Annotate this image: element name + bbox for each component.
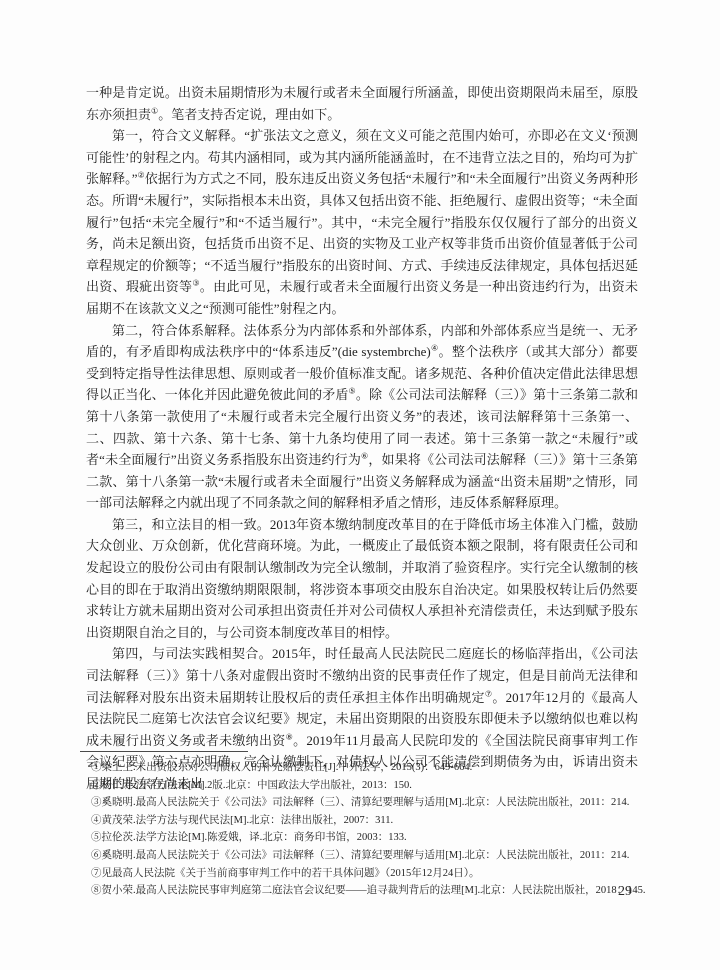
footnote-4: ④黄茂荣.法学方法与现代民法[M].北京：法律出版社，2007：311.: [80, 812, 640, 830]
paragraph: 第二，符合体系解释。法体系分为内部体系和外部体系，内部和外部体系应当是统一、无矛…: [86, 320, 638, 514]
paragraph: 第一，符合文义解释。“扩张法文之意义，须在文义可能之范围内始可，亦即必在文义‘预…: [86, 125, 638, 319]
text-run: 。笔者支持否定说，理由如下。: [158, 107, 340, 122]
footnote-8: ⑧贺小荣.最高人民法院民事审判庭第二庭法官会议纪要——追寻裁判背后的法理[M].…: [80, 882, 640, 900]
paragraph: 第三，和立法目的相一致。2013年资本缴纳制度改革目的在于降低市场主体准入门槛，…: [86, 514, 638, 644]
footnote-ref: ②: [138, 171, 145, 180]
footnote-7: ⑦见最高人民法院《关于当前商事审判工作中的若干具体问题》（2015年12月24日…: [80, 865, 640, 883]
footnote-ref: ⑤: [349, 387, 356, 396]
document-page: 一种是肯定说。出资未届期情形为未履行或者未全面履行所涵盖，即使出资期限尚未届至，…: [0, 0, 720, 970]
paragraph: 一种是肯定说。出资未届期情形为未履行或者未全面履行所涵盖，即使出资期限尚未届至，…: [86, 82, 638, 125]
footnote-3: ③奚晓明.最高人民法院关于《公司法》司法解释（三）、清算纪要理解与适用[M].北…: [80, 794, 640, 812]
footnote-block: ①梁上上.未出资股东对公司债权人的补充赔偿责任[J].中外法学，2015(3)：…: [80, 751, 640, 900]
text-run: 依据行为方式之不同，股东违反出资义务包括“未履行”和“未全面履行”出资义务两种形…: [86, 171, 638, 294]
article-body: 一种是肯定说。出资未届期情形为未履行或者未全面履行所涵盖，即使出资期限尚未届至，…: [86, 82, 638, 795]
page-number: 29: [618, 884, 632, 900]
footnote-5: ⑤拉伦茨.法学方法论[M].陈爱娥，译.北京：商务印书馆，2003：133.: [80, 829, 640, 847]
footnote-separator: [80, 751, 248, 752]
footnote-ref: ③: [192, 279, 199, 288]
footnote-6: ⑥奚晓明.最高人民法院关于《公司法》司法解释（三）、清算纪要理解与适用[M].北…: [80, 847, 640, 865]
footnote-ref: ④: [431, 344, 439, 353]
footnote-list: ①梁上上.未出资股东对公司债权人的补充赔偿责任[J].中外法学，2015(3)：…: [80, 759, 640, 900]
footnote-2: ②杨仁寿.法学方法论[M].2版.北京：中国政法大学出版社，2013：150.: [80, 777, 640, 795]
footnote-ref: ⑧: [286, 732, 293, 741]
text-run: 第三，和立法目的相一致。2013年资本缴纳制度改革目的在于降低市场主体准入门槛，…: [86, 517, 638, 640]
footnote-1: ①梁上上.未出资股东对公司债权人的补充赔偿责任[J].中外法学，2015(3)：…: [80, 759, 640, 777]
